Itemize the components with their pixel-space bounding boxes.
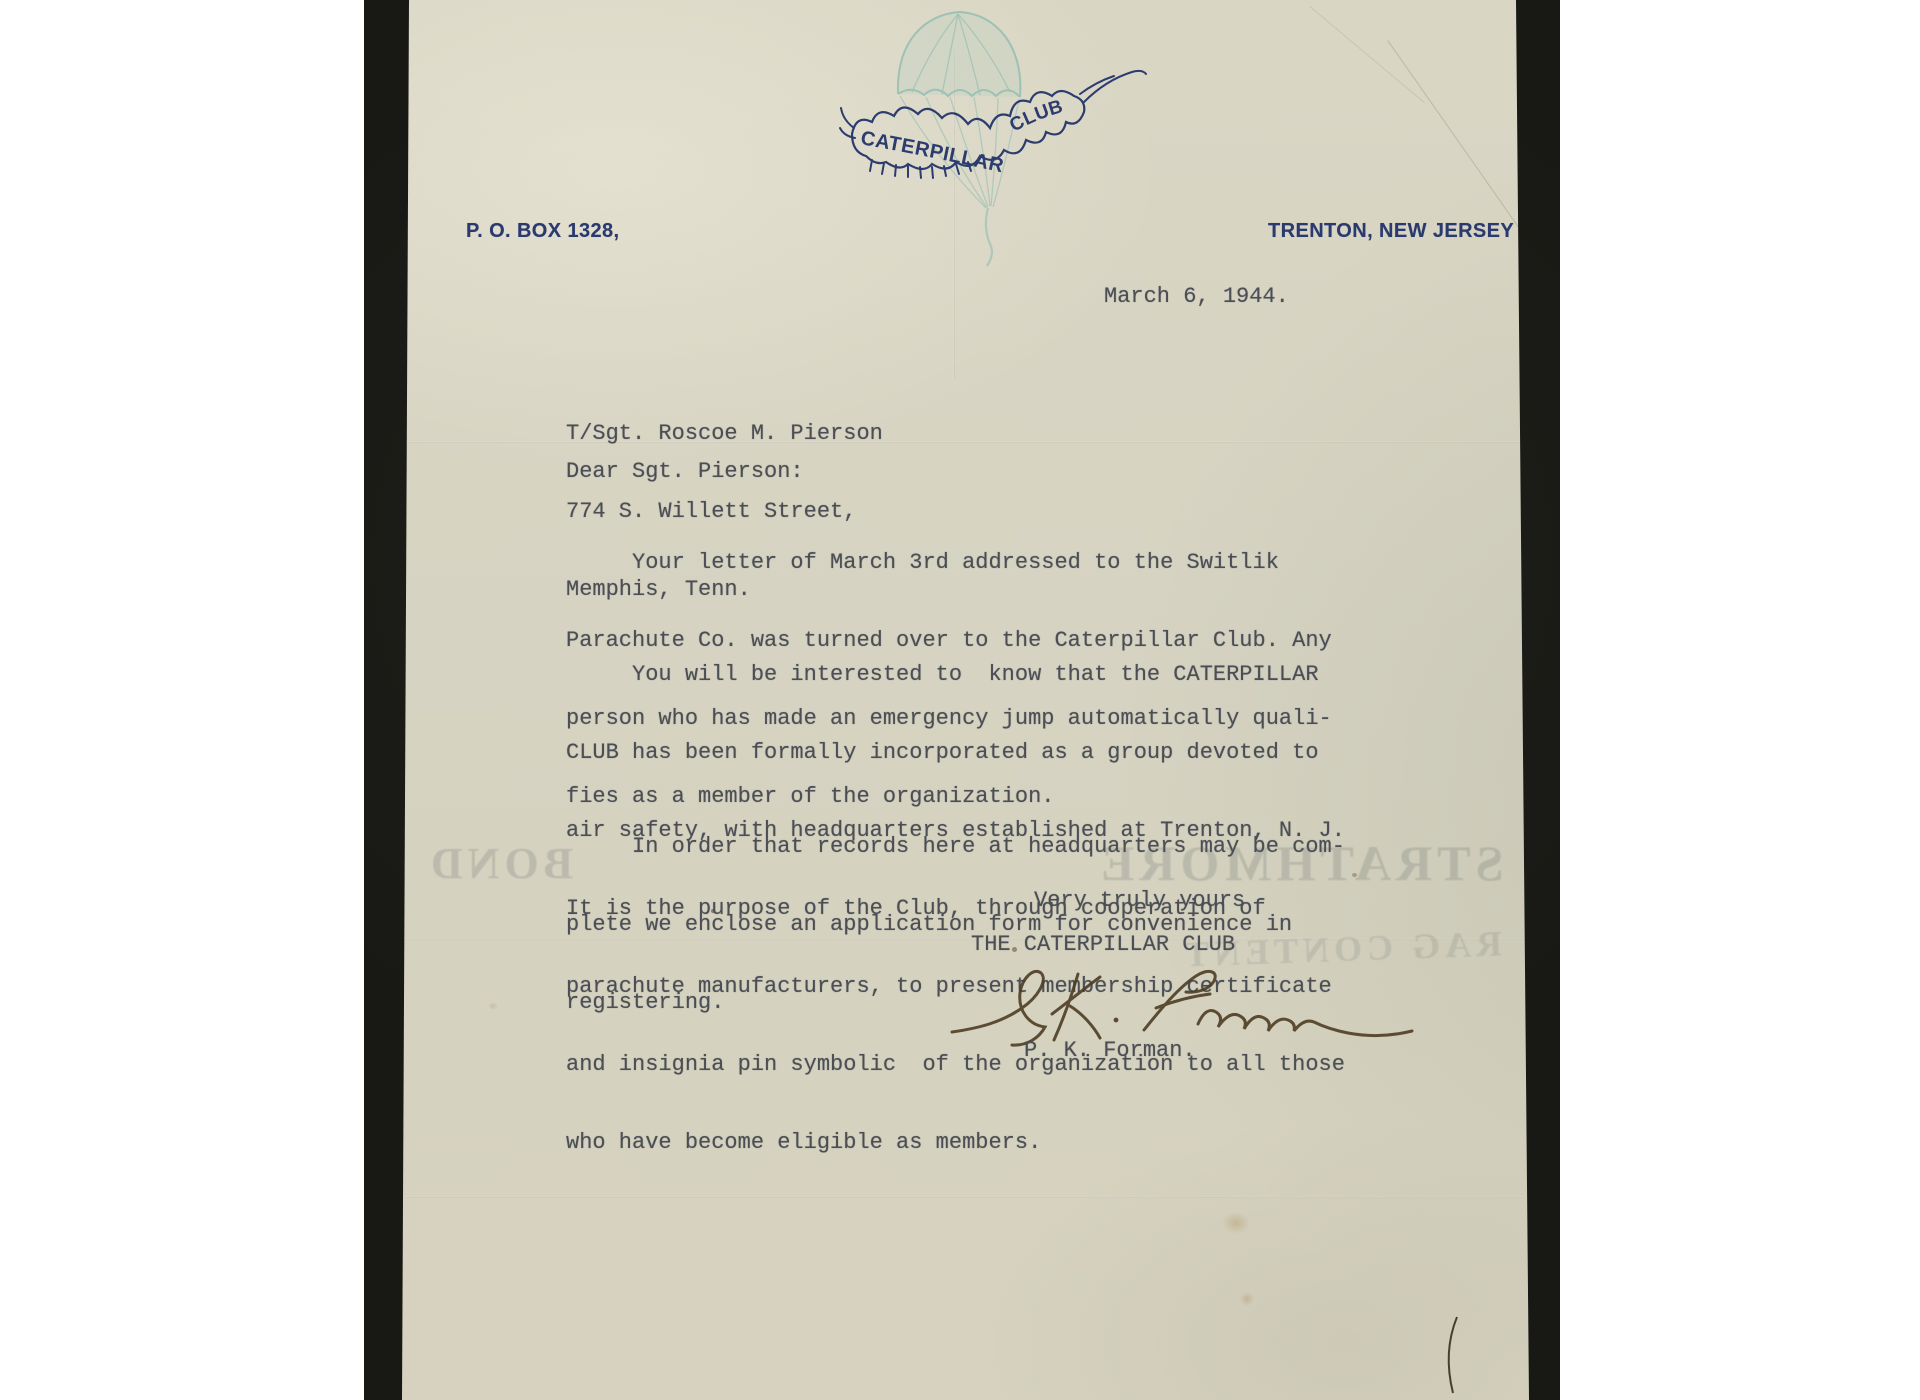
body-line: In order that records here at headquarte… — [566, 834, 1345, 860]
typed-signature-name: P. K. Forman. — [1024, 1038, 1196, 1064]
caterpillar-club-logo: CATERPILLAR CLUB — [838, 2, 1288, 272]
svg-text:CLUB: CLUB — [1006, 96, 1065, 136]
letterhead-city: TRENTON, NEW JERSEY — [1268, 220, 1514, 243]
letter-paper: BOND STRATHMORE RAG CONTENT — [0, 0, 1920, 1400]
stain-spot — [1240, 1292, 1254, 1306]
corner-crease-2 — [1309, 6, 1425, 103]
body-line: who have become eligible as members. — [566, 1130, 1345, 1156]
ink-speck — [1352, 873, 1357, 877]
recipient-line: T/Sgt. Roscoe M. Pierson — [566, 421, 883, 447]
body-line: You will be interested to know that the … — [566, 662, 1345, 688]
salutation: Dear Sgt. Pierson: — [566, 459, 804, 485]
letterhead-po-box: P. O. BOX 1328, — [466, 220, 620, 243]
corner-crease-1 — [1387, 40, 1520, 229]
letter-date: March 6, 1944. — [1104, 284, 1289, 310]
closing: Very truly yours — [1034, 888, 1245, 914]
stain-spot — [488, 1002, 498, 1010]
scratch-mark — [1440, 1315, 1470, 1395]
body-line: Your letter of March 3rd addressed to th… — [566, 550, 1332, 576]
body-line: CLUB has been formally incorporated as a… — [566, 740, 1345, 766]
stain-spot — [1222, 1212, 1250, 1234]
logo-word-club: CLUB — [1006, 96, 1065, 136]
scanned-letter-page: BOND STRATHMORE RAG CONTENT — [0, 0, 1920, 1400]
watermark-bond: BOND — [426, 838, 573, 889]
